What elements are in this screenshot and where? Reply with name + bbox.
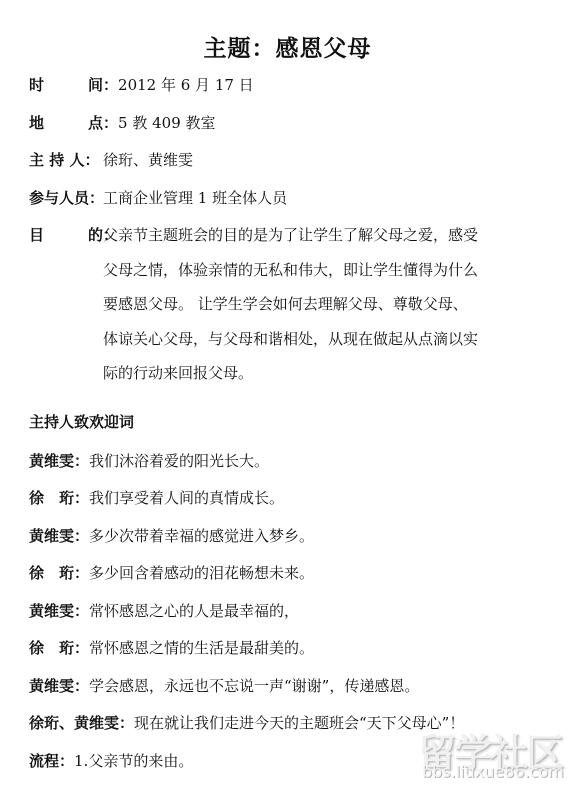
purpose-line: 体谅关心父母，与父母和谐相处，从现在做起从点滴以实: [103, 322, 543, 357]
place-label-b: 点：: [88, 114, 118, 132]
purpose-line: 要感恩父母。 让学生学会如何去理解父母、尊敬父母、: [103, 287, 543, 322]
speaker: 徐 珩：: [29, 489, 89, 507]
hosts-value: 徐珩、黄维雯: [103, 151, 193, 169]
speech: 我们享受着人间的真情成长。: [89, 489, 284, 507]
speaker: 徐 珩：: [29, 564, 89, 582]
speaker: 黄维雯：: [29, 527, 89, 545]
place-value: 5 教 409 教室: [118, 114, 215, 132]
info-participants: 参与人员：工商企业管理 1 班全体人员: [29, 188, 287, 208]
dialogue-line: 黄维雯：常怀感恩之心的人是最幸福的，: [29, 601, 299, 621]
info-place: 地点：5 教 409 教室: [29, 113, 216, 133]
dialogue-line: 黄维雯：学会感恩，永远也不忘说一声“谢谢”，传递感恩。: [29, 676, 419, 696]
purpose-label-a: 目: [29, 226, 44, 244]
speech: 多少回含着感动的泪花畅想未来。: [89, 564, 314, 582]
process-label: 流程：: [29, 752, 74, 770]
info-hosts: 主 持 人：徐珩、黄维雯: [29, 150, 193, 170]
speech: 多少次带着幸福的感觉进入梦乡。: [89, 527, 314, 545]
welcome-heading: 主持人致欢迎词: [29, 412, 134, 432]
time-label-a: 时: [29, 76, 44, 94]
dialogue-line: 黄维雯：多少次带着幸福的感觉进入梦乡。: [29, 526, 314, 546]
speech: 现在就让我们走进今天的主题班会“天下父母心”！: [134, 714, 464, 732]
speaker: 黄维雯：: [29, 452, 89, 470]
purpose-line: 际的行动来回报父母。: [103, 356, 543, 391]
purpose-paragraph: 父亲节主题班会的目的是为了让学生了解父母之爱，感受 父母之情，体验亲情的无私和伟…: [103, 218, 543, 391]
dialogue-line: 徐珩、黄维雯：现在就让我们走进今天的主题班会“天下父母心”！: [29, 713, 464, 733]
speaker: 黄维雯：: [29, 602, 89, 620]
dialogue-line: 黄维雯：我们沐浴着爱的阳光长大。: [29, 451, 269, 471]
participants-value: 工商企业管理 1 班全体人员: [103, 189, 287, 207]
time-value: 2012 年 6 月 17 日: [118, 76, 254, 94]
hosts-label: 主 持 人：: [29, 150, 103, 170]
participants-label: 参与人员：: [29, 188, 103, 208]
watermark: 留学社区 bbs.liuxue86.com: [418, 722, 575, 785]
speech: 我们沐浴着爱的阳光长大。: [89, 452, 269, 470]
speech: 学会感恩，永远也不忘说一声“谢谢”，传递感恩。: [89, 677, 419, 695]
process-value: 1.父亲节的来由。: [74, 752, 193, 770]
dialogue-line: 徐 珩：常怀感恩之情的生活是最甜美的。: [29, 638, 314, 658]
purpose-line: 父母之情，体验亲情的无私和伟大，即让学生懂得为什么: [103, 253, 543, 288]
dialogue-line: 徐 珩：多少回含着感动的泪花畅想未来。: [29, 563, 314, 583]
speech: 常怀感恩之情的生活是最甜美的。: [89, 639, 314, 657]
watermark-url: bbs.liuxue86.com: [422, 762, 564, 781]
process-line: 流程：1.父亲节的来由。: [29, 751, 193, 771]
speaker: 徐珩、黄维雯：: [29, 714, 134, 732]
place-label-a: 地: [29, 114, 44, 132]
document-title: 主题：感恩父母: [0, 30, 575, 63]
info-time: 时间：2012 年 6 月 17 日: [29, 75, 254, 95]
dialogue-line: 徐 珩：我们享受着人间的真情成长。: [29, 488, 284, 508]
time-label-b: 间：: [88, 76, 118, 94]
speaker: 徐 珩：: [29, 639, 89, 657]
purpose-line: 父亲节主题班会的目的是为了让学生了解父母之爱，感受: [103, 218, 543, 253]
speech: 常怀感恩之心的人是最幸福的，: [89, 602, 299, 620]
speaker: 黄维雯：: [29, 677, 89, 695]
